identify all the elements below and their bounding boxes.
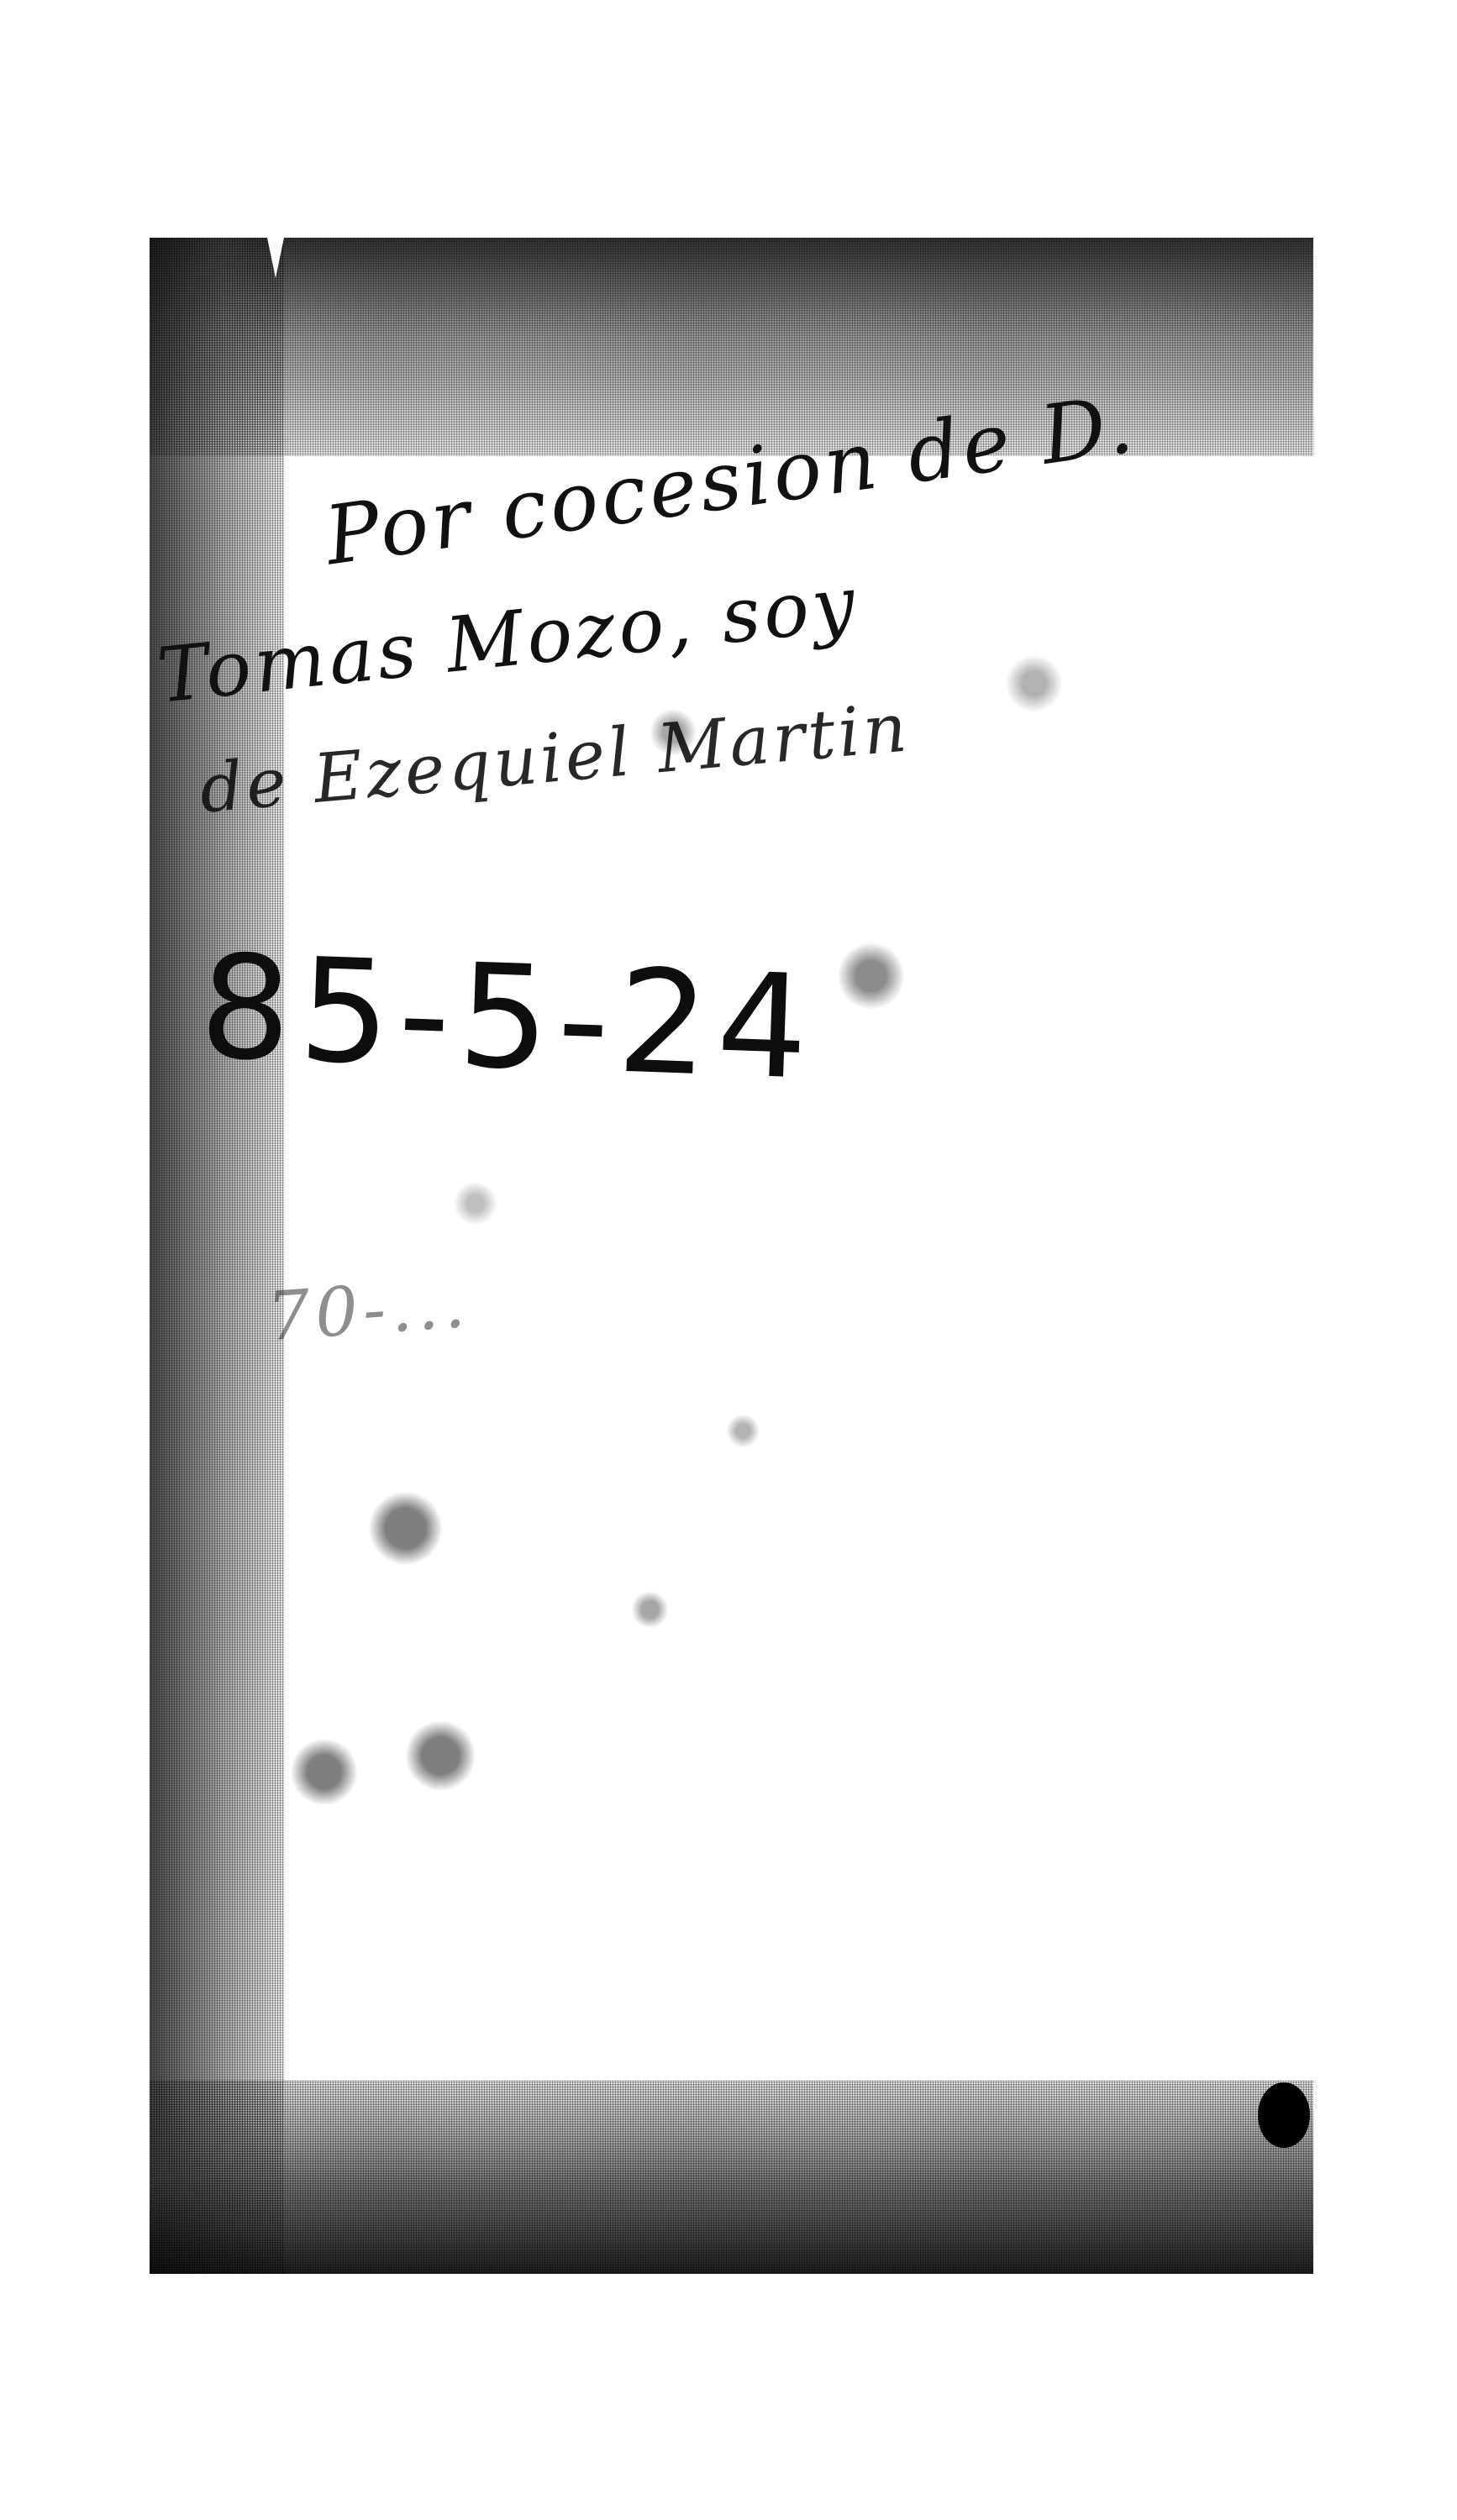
faint-notation: 70-... [265,1264,472,1357]
page-tear [267,238,284,278]
scanned-page: Por cocesion de D. Tomas Mozo, soy de Ez… [150,238,1313,2274]
page-grime-top [150,238,1313,456]
reference-number: 85-5-24 [197,924,819,1111]
page-grime-bottom [150,2081,1313,2274]
ink-blot [1258,2082,1310,2148]
